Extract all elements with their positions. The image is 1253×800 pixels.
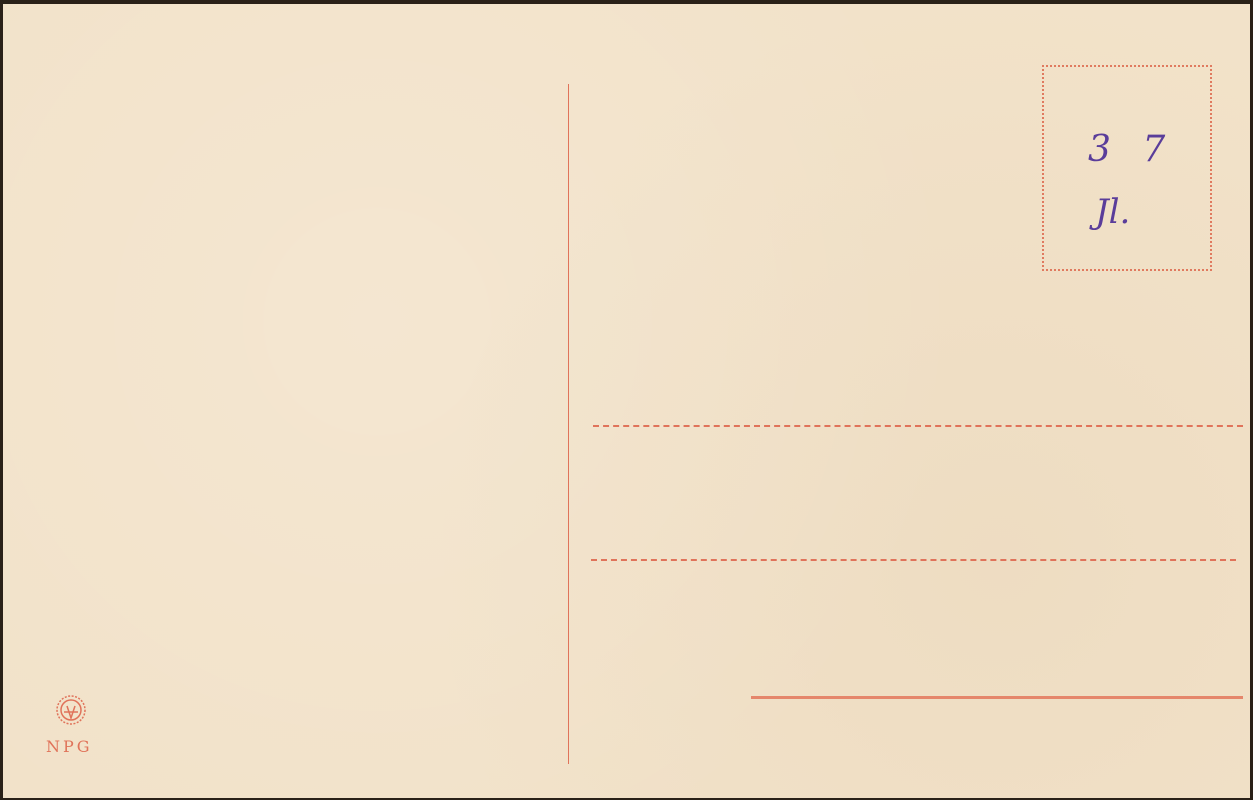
address-line-3 (751, 696, 1243, 699)
publisher-mark: NPG (46, 737, 93, 756)
postcard-back: 3 7 Jl. NPG (3, 4, 1250, 798)
handwritten-number: 3 7 (1088, 129, 1175, 170)
center-divider-line (568, 84, 569, 764)
address-line-2 (591, 559, 1236, 561)
publisher-logo-icon (53, 692, 89, 728)
handwritten-initials: Jl. (1095, 192, 1130, 232)
address-line-1 (593, 425, 1243, 427)
